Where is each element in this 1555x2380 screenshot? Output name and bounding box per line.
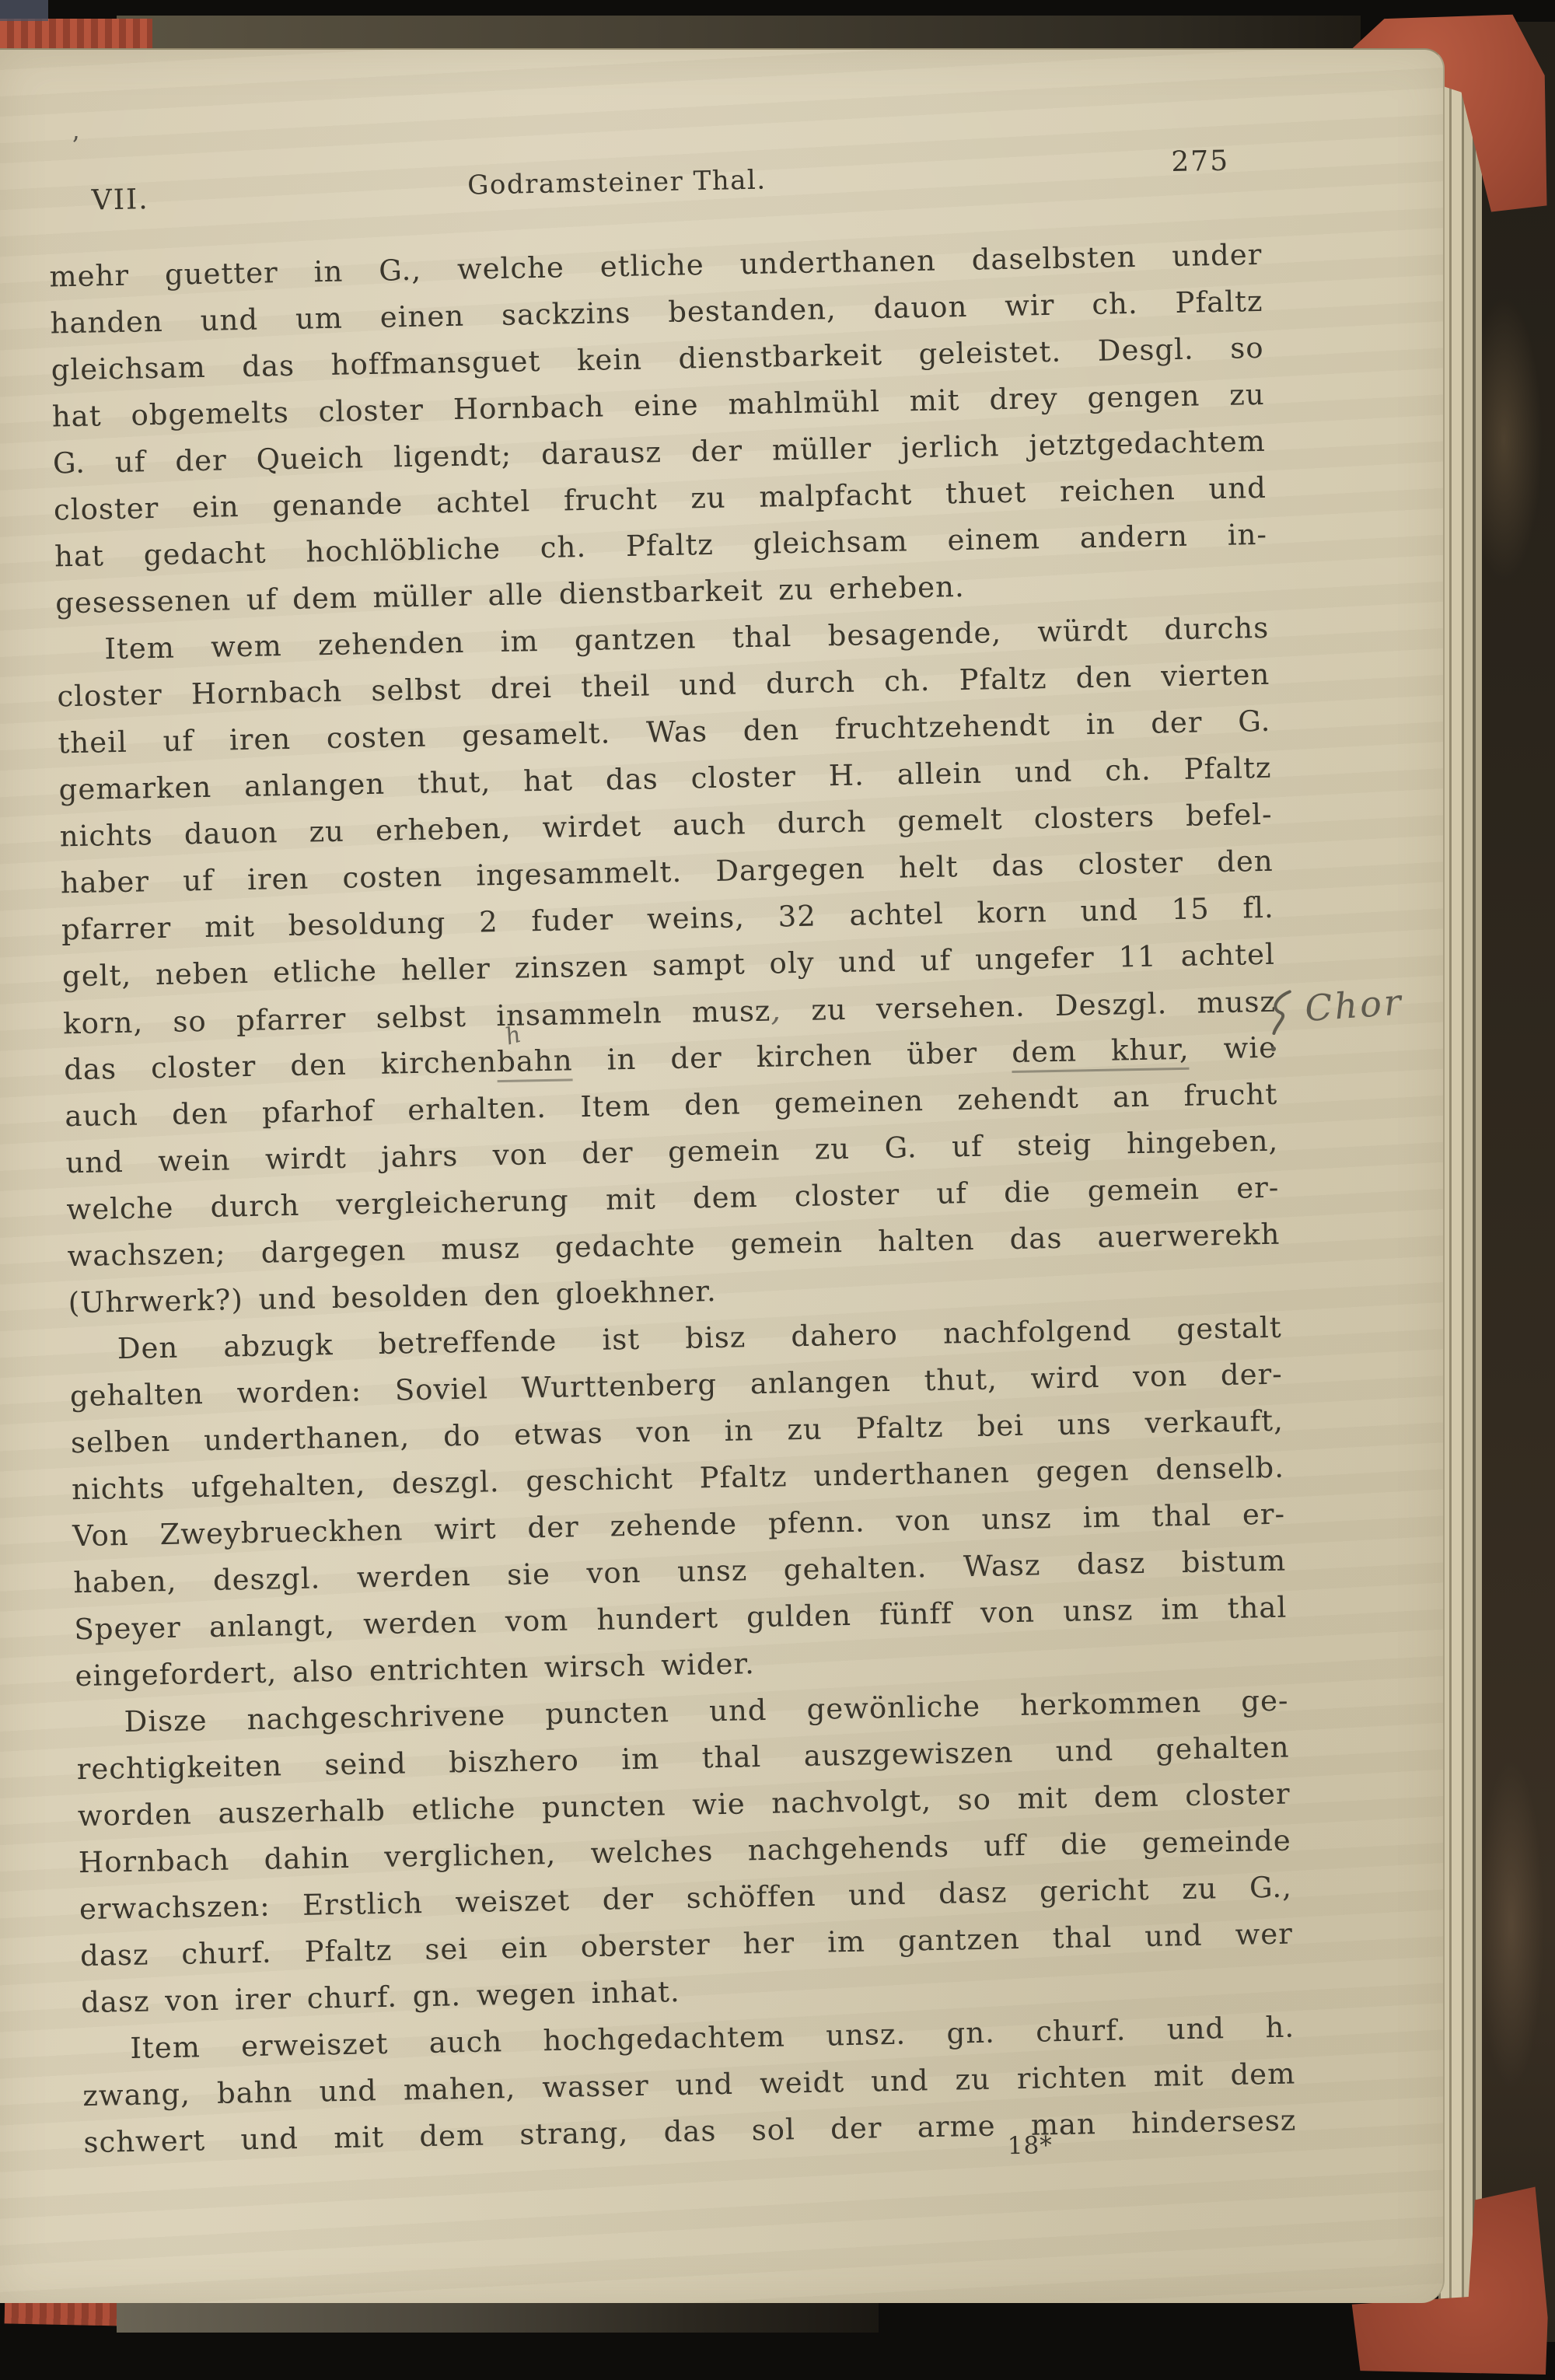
- pencil-underlined-word: hbahn: [497, 1043, 573, 1082]
- paragraph: Item erweiszet auch hochgedachtem unsz. …: [82, 2004, 1297, 2167]
- pencil-underlined-word: dem khur,: [1012, 1033, 1190, 1073]
- margin-note-word: Chor: [1303, 980, 1404, 1029]
- book-cover-top-edge: [117, 16, 1361, 51]
- page-edges-stack: [1438, 50, 1483, 2305]
- handwritten-margin-note: Chor: [1263, 977, 1439, 1074]
- headband-red-fabric: [0, 19, 152, 50]
- paragraph: Disze nachgeschrivene puncten und gewönl…: [75, 1678, 1294, 2027]
- paragraph: Den abzugk betreffende ist bisz dahero n…: [68, 1305, 1288, 1700]
- cover-corner-speck: [0, 0, 48, 21]
- cover-bottom-edge: [117, 2298, 879, 2333]
- running-title: Godramsteiner Thal.: [10, 156, 1223, 210]
- paragraph: mehr guetter in G., welche etliche under…: [49, 232, 1269, 627]
- book-binding-spine: [1482, 22, 1555, 2342]
- stray-ink-mark: ’: [72, 131, 79, 160]
- printed-text-block: VII. Godramsteiner Thal. 275 mehr guette…: [47, 143, 1298, 2217]
- paragraph: Item wem zehenden im gantzen thal besage…: [56, 605, 1281, 1326]
- scanned-book-photo: ’ VII. Godramsteiner Thal. 275 mehr guet…: [0, 0, 1555, 2380]
- page-body: mehr guetter in G., welche etliche under…: [49, 232, 1297, 2166]
- pencil-mark: ,: [771, 992, 782, 1028]
- signature-mark: 18*: [1008, 2131, 1054, 2160]
- page-number: 275: [1171, 145, 1229, 178]
